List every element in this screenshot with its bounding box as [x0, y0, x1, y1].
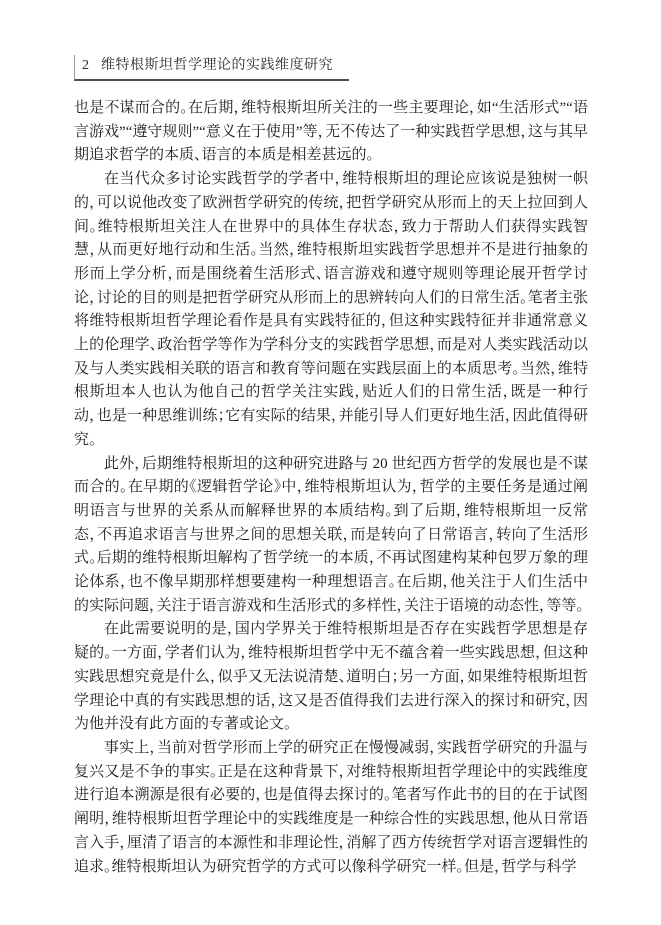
- running-header: 2维特根斯坦哲学理论的实践维度研究: [74, 55, 349, 81]
- paragraph: 在此需要说明的是，国内学界关于维特根斯坦是否存在实践哲学思想是存疑的。一方面，学…: [74, 618, 588, 737]
- book-page: 2维特根斯坦哲学理论的实践维度研究 也是不谋而合的。在后期，维特根斯坦所关注的一…: [0, 0, 661, 925]
- paragraph-continuation: 也是不谋而合的。在后期，维特根斯坦所关注的一些主要理论，如“生活形式”“语言游戏…: [74, 97, 588, 168]
- paragraph: 此外，后期维特根斯坦的这种研究进路与 20 世纪西方哲学的发展也是不谋而合的。在…: [74, 453, 588, 619]
- paragraph: 在当代众多讨论实践哲学的学者中，维特根斯坦的理论应该说是独树一帜的，可以说他改变…: [74, 168, 588, 452]
- page-number: 2: [82, 57, 89, 74]
- header-book-title: 维特根斯坦哲学理论的实践维度研究: [101, 57, 333, 74]
- page-body-text: 也是不谋而合的。在后期，维特根斯坦所关注的一些主要理论，如“生活形式”“语言游戏…: [74, 97, 588, 879]
- paragraph: 事实上，当前对哲学形而上学的研究正在慢慢减弱，实践哲学研究的升温与复兴又是不争的…: [74, 737, 588, 879]
